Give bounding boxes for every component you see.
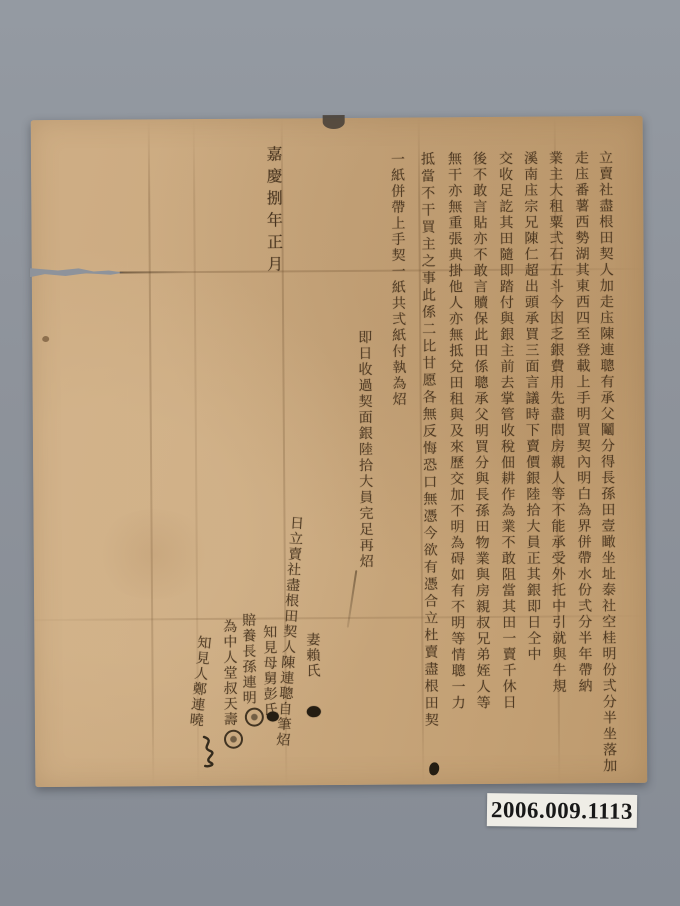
brush-flourish-stroke <box>347 570 358 628</box>
contract-text-column-4: 溪南庒宗兄陳仁超出頭承買三面言議時下賣價銀陸拾大員正其銀即日仝中 <box>523 151 541 663</box>
receipt-note-column: 即日收過契面銀陸拾大員完足再炤 <box>357 330 373 570</box>
catalog-number-label: 2006.009.1113 <box>487 793 637 828</box>
catalog-number-text: 2006.009.1113 <box>491 797 633 825</box>
contract-text-column-8: 抵當不干買主之事此係二比甘愿各無反悔恐口無憑今欲有憑合立杜賣盡根田契 <box>420 151 438 729</box>
seller-signature-column: 日立賣社盡根田契人陳連聰自筆炤 <box>275 515 304 748</box>
contract-text-column-2: 走庒番薯西勢湖其東西四至登載上手明買契內明白為界併帶水份弍分半年帶納 <box>574 150 592 694</box>
vertical-crease <box>148 119 155 786</box>
witness-uncle-signature-column: 知見母舅彭氏 <box>262 624 277 717</box>
wife-signature-column: 妻賴氏 <box>305 632 319 679</box>
contract-text-column-3: 業主大租粟弍石五斗今因乏銀費用先盡問房親人等不能承受外托中引就與牛規 <box>548 150 566 694</box>
ink-spot <box>42 336 49 342</box>
witness-signature-column: 知見人鄭連曉 <box>188 635 211 729</box>
circle-seal-icon <box>224 730 243 749</box>
edge-tear <box>30 265 124 279</box>
ink-dot-seal-icon <box>307 706 321 717</box>
date-column: 嘉慶捌年正月 <box>265 145 282 277</box>
signature-flourish-icon <box>198 735 222 769</box>
middleman-signature-column: 為中人堂叔天壽 <box>222 619 237 728</box>
contract-text-column-6: 後不敢言貼亦不敢言贖保此田係聰承父明買分與長孫田物業與房親叔兄弟姪人等 <box>472 151 490 711</box>
ink-blob-mark <box>429 762 439 775</box>
contract-text-column-1: 立賣社盡根田契人加走庒陳連聰有承父鬮分得長孫田壹瞰坐址泰社空桂明份弍分半坐落加 <box>598 150 616 774</box>
ink-dot-seal-icon <box>267 711 279 721</box>
contract-text-column-9: 一紙併帶上手契一紙共弍紙付執為炤 <box>390 152 406 408</box>
water-stain <box>472 376 613 497</box>
tear-crack <box>120 271 192 274</box>
grandson-signature-column: 賠養長孫連明 <box>241 613 256 706</box>
contract-text-column-5: 交收足訖其田隨即踏付與銀主前去掌管收稅佃耕作為業不敢阻當其田一賣千休日 <box>498 151 516 711</box>
water-stain <box>93 509 214 600</box>
contract-document: 嘉慶捌年正月 立賣社盡根田契人加走庒陳連聰有承父鬮分得長孫田壹瞰坐址泰社空桂明份… <box>31 116 648 787</box>
edge-stain <box>323 115 345 129</box>
circle-seal-icon <box>245 708 264 727</box>
contract-text-column-7: 無干亦無重張典掛他人亦無抵兌田租與及來歷交加不明為碍如有不明等情聰一力 <box>447 151 465 711</box>
